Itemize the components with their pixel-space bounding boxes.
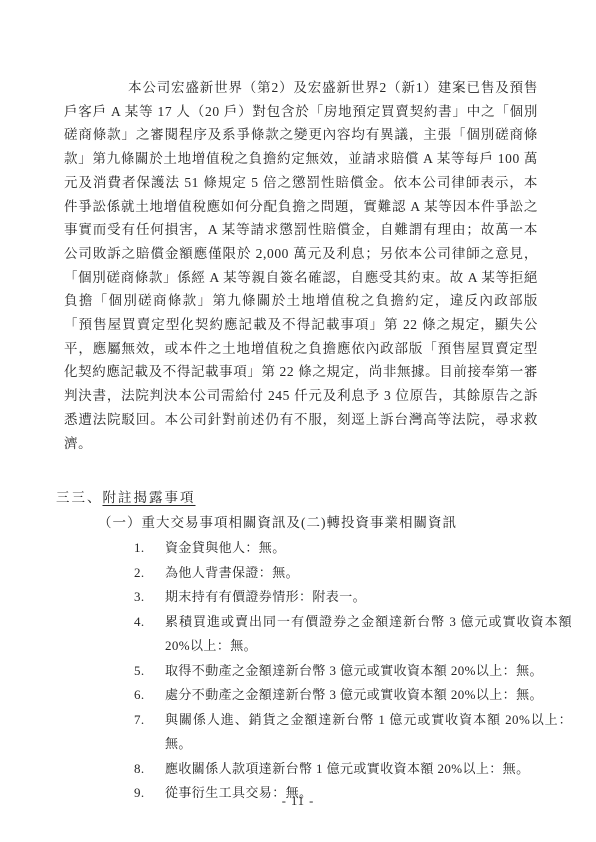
document-page: 本公司宏盛新世界（第2）及宏盛新世界2（新1）建案已售及預售戶客戶 A 某等 1… (0, 0, 596, 842)
list-item: 4. 累積買進或賣出同一有價證券之金額達新台幣 3 億元或實收資本額 20%以上… (134, 610, 572, 659)
disclosure-list: 1. 資金貸與他人：無。 2. 為他人背書保證：無。 3. 期末持有有價證券情形… (134, 536, 572, 806)
list-item: 1. 資金貸與他人：無。 (134, 536, 572, 561)
list-item: 5. 取得不動產之金額達新台幣 3 億元或實收資本額 20%以上：無。 (134, 659, 572, 684)
list-item-text: 處分不動產之金額達新台幣 3 億元或實收資本額 20%以上：無。 (165, 683, 572, 708)
list-item-number: 2. (134, 561, 165, 586)
subsection-heading: （一）重大交易事項相關資訊及(二)轉投資事業相關資訊 (98, 511, 457, 531)
list-item-text: 期末持有有價證券情形：附表一。 (165, 585, 572, 610)
list-item-text: 累積買進或賣出同一有價證券之金額達新台幣 3 億元或實收資本額 20%以上：無。 (165, 610, 572, 659)
list-item: 7. 與關係人進、銷貨之金額達新台幣 1 億元或實收資本額 20%以上：無。 (134, 708, 572, 757)
section-number: 三三、 (56, 490, 103, 505)
body-paragraph: 本公司宏盛新世界（第2）及宏盛新世界2（新1）建案已售及預售戶客戶 A 某等 1… (64, 76, 538, 455)
list-item: 2. 為他人背書保證：無。 (134, 561, 572, 586)
page-number: - 11 - (0, 794, 596, 809)
list-item: 6. 處分不動產之金額達新台幣 3 億元或實收資本額 20%以上：無。 (134, 683, 572, 708)
list-item-number: 5. (134, 659, 165, 684)
section-title: 附註揭露事項 (103, 490, 196, 505)
list-item-number: 4. (134, 610, 165, 659)
list-item: 3. 期末持有有價證券情形：附表一。 (134, 585, 572, 610)
section-heading: 三三、附註揭露事項 (56, 486, 196, 506)
list-item-text: 為他人背書保證：無。 (165, 561, 572, 586)
list-item-text: 應收關係人款項達新台幣 1 億元或實收資本額 20%以上：無。 (165, 757, 572, 782)
list-item-text: 與關係人進、銷貨之金額達新台幣 1 億元或實收資本額 20%以上：無。 (165, 708, 572, 757)
list-item-number: 1. (134, 536, 165, 561)
list-item-text: 資金貸與他人：無。 (165, 536, 572, 561)
list-item: 8. 應收關係人款項達新台幣 1 億元或實收資本額 20%以上：無。 (134, 757, 572, 782)
list-item-number: 7. (134, 708, 165, 757)
list-item-text: 取得不動產之金額達新台幣 3 億元或實收資本額 20%以上：無。 (165, 659, 572, 684)
list-item-number: 8. (134, 757, 165, 782)
list-item-number: 3. (134, 585, 165, 610)
list-item-number: 6. (134, 683, 165, 708)
